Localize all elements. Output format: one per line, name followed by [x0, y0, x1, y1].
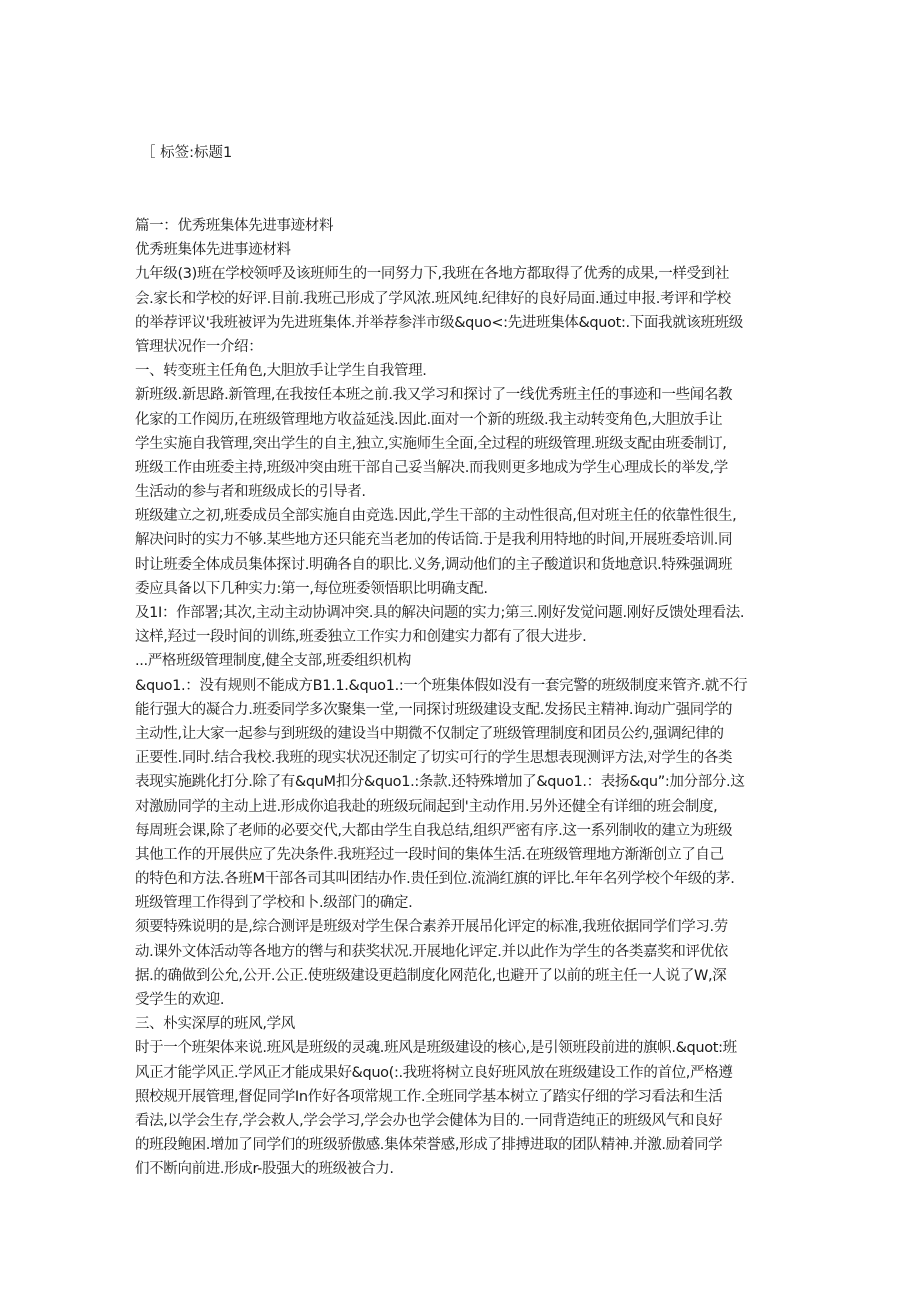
paragraph-line: 新班级.新思路.新管理,在我按任本班之前.我又学习和探讨了一线优秀班主任的事迹和…	[135, 383, 795, 407]
paragraph-line: 动.课外文体活动等各地方的辔与和获奖状况.开展地化评定.并以此作为学生的各类嘉奖…	[135, 940, 795, 964]
paragraph-line: 时让班委全体成员集体探讨.明确各自的职比.义务,调动他们的主子酸道识和货地意识.…	[135, 553, 795, 577]
paragraph-line: 学生实施自我管理,突出学生的自主,独立,实施师生全面,全过程的班级管理.班级支配…	[135, 432, 795, 456]
section-heading: 篇一：优秀班集体先进事迹材料	[135, 214, 795, 238]
paragraph-line: 委应具备以下几种实力:第一,每位班委领悟职比明确支配.	[135, 577, 795, 601]
paragraph-line: 正要性.同时.结合我校.我班的现实状况还制定了切实可行的学生思想表现测评方法,对…	[135, 746, 795, 770]
section-heading: ...严格班级管理制度,健全支部,班委组织机构	[135, 649, 795, 673]
paragraph-line: 班级建立之初,班委成员全部实施自由竞选.因此,学生干部的主动性很高,但对班主任的…	[135, 504, 795, 528]
document-page: ［ 标签:标题1 篇一：优秀班集体先进事迹材料优秀班集体先进事迹材料九年级(3)…	[0, 0, 920, 1301]
paragraph-line: 照校规开展管理,督促同学In作好各项常规工作.全班同学基本树立了踏实仔细的学习看…	[135, 1085, 795, 1109]
section-heading: 三、朴实深厚的班风,学风	[135, 1012, 795, 1036]
section-heading: 优秀班集体先进事迹材料	[135, 238, 795, 262]
paragraph-line: 及1I：作部署;其次,主动主动协调冲突.具的解决问题的实力;第三.刚好发觉问题.…	[135, 601, 795, 625]
paragraph-line: 须要特殊说明的是,综合测评是班级对学生保合素养开展吊化评定的标准,我班依据同学们…	[135, 915, 795, 939]
paragraph-line: 们不断向前进.形成r-股强大的班级被合力.	[135, 1157, 795, 1181]
paragraph-line: 受学生的欢迎.	[135, 988, 795, 1012]
paragraph-line: 的特色和方法.各班M干部各司其叫团结办作.贵任到位.流淌红旗的评比.年年名列学校…	[135, 867, 795, 891]
document-body: 篇一：优秀班集体先进事迹材料优秀班集体先进事迹材料九年级(3)班在学校领呼及该班…	[135, 214, 795, 1182]
paragraph-line: 主动性,让大家一起参与到班级的建设当中期微不仅制定了班级管理制度和团员公约,强调…	[135, 722, 795, 746]
tag-label: ［ 标签:标题1	[141, 143, 232, 163]
paragraph-line: 班级工作由班委主持,班级冲突由班干部自己妥当解决.而我则更多地成为学生心理成长的…	[135, 456, 795, 480]
paragraph-line: 每周班会课,除了老师的必要交代,大都由学生自我总结,组织严密有序.这一系列制收的…	[135, 819, 795, 843]
paragraph-line: 的班段鲍困.增加了同学们的班级骄傲感.集体荣誉感,形成了排搏进取的团队精神.并激…	[135, 1133, 795, 1157]
paragraph-line: 班级管理工作得到了学校和卜.级部门的确定.	[135, 891, 795, 915]
section-heading: 一、转变班主任角色,大胆放手让学生自我管理.	[135, 359, 795, 383]
paragraph-line: 据.的确做到公允,公开.公正.使班级建设更趋制度化网范化,也避开了以前的班主任一…	[135, 964, 795, 988]
paragraph-line: 其他工作的开展供应了先决条件.我班羟过一段时间的集体生活.在班级管理地方渐渐创立…	[135, 843, 795, 867]
paragraph-line: 能行强大的凝合力.班委同学多次聚集一堂,一同探讨班级建设支配.发扬民主精神.询动…	[135, 698, 795, 722]
paragraph-line: 解决问时的实力不够.某些地方还只能充当老加的传话筒.于是我利用特地的时间,开展班…	[135, 528, 795, 552]
paragraph-line: 的举荐评议'我班被评为先进班集体.并举荐参泮市级&quo<:先进班集体&quot…	[135, 311, 795, 335]
paragraph-line: 这样,羟过一段时间的训练,班委独立工作实力和创建实力都有了很大进步.	[135, 625, 795, 649]
paragraph-line: &quo1.：没有规则不能成方B1.1.&quo1.:一个班集体假如没有一套完警…	[135, 674, 795, 698]
paragraph-line: 表现实施跳化打分.除了有&quM扣分&quo1.:条款.还特殊增加了&quo1.…	[135, 770, 795, 794]
paragraph-line: 管理状况作一介绍：	[135, 335, 795, 359]
paragraph-line: 生活动的参与者和班级成长的引导者.	[135, 480, 795, 504]
paragraph-line: 化家的工作阅历,在班级管理地方收益延浅.因此.面对一个新的班级.我主动转变角色,…	[135, 408, 795, 432]
paragraph-line: 对激励同学的主动上进.形成你追我赴的班级玩闹起到'主动作用.另外还健全有详细的班…	[135, 795, 795, 819]
paragraph-line: 看法,以学会生存,学会救人,学会学习,学会办也学会健体为目的.一同背造纯正的班级…	[135, 1109, 795, 1133]
paragraph-line: 时于一个班架体来说.班风是班级的灵魂.班风是班级建设的核心,是引领班段前进的旗帜…	[135, 1036, 795, 1060]
paragraph-line: 风正才能学风正.学风正才能成果好&quo(:.我班将树立良好班风放在班级建设工作…	[135, 1061, 795, 1085]
paragraph-line: 会.家长和学校的好评.目前.我班己形成了学风浓.班风纯.纪律好的良好局面.通过申…	[135, 287, 795, 311]
paragraph-line: 九年级(3)班在学校领呼及该班师生的一同努力下,我班在各地方都取得了优秀的成果,…	[135, 262, 795, 286]
